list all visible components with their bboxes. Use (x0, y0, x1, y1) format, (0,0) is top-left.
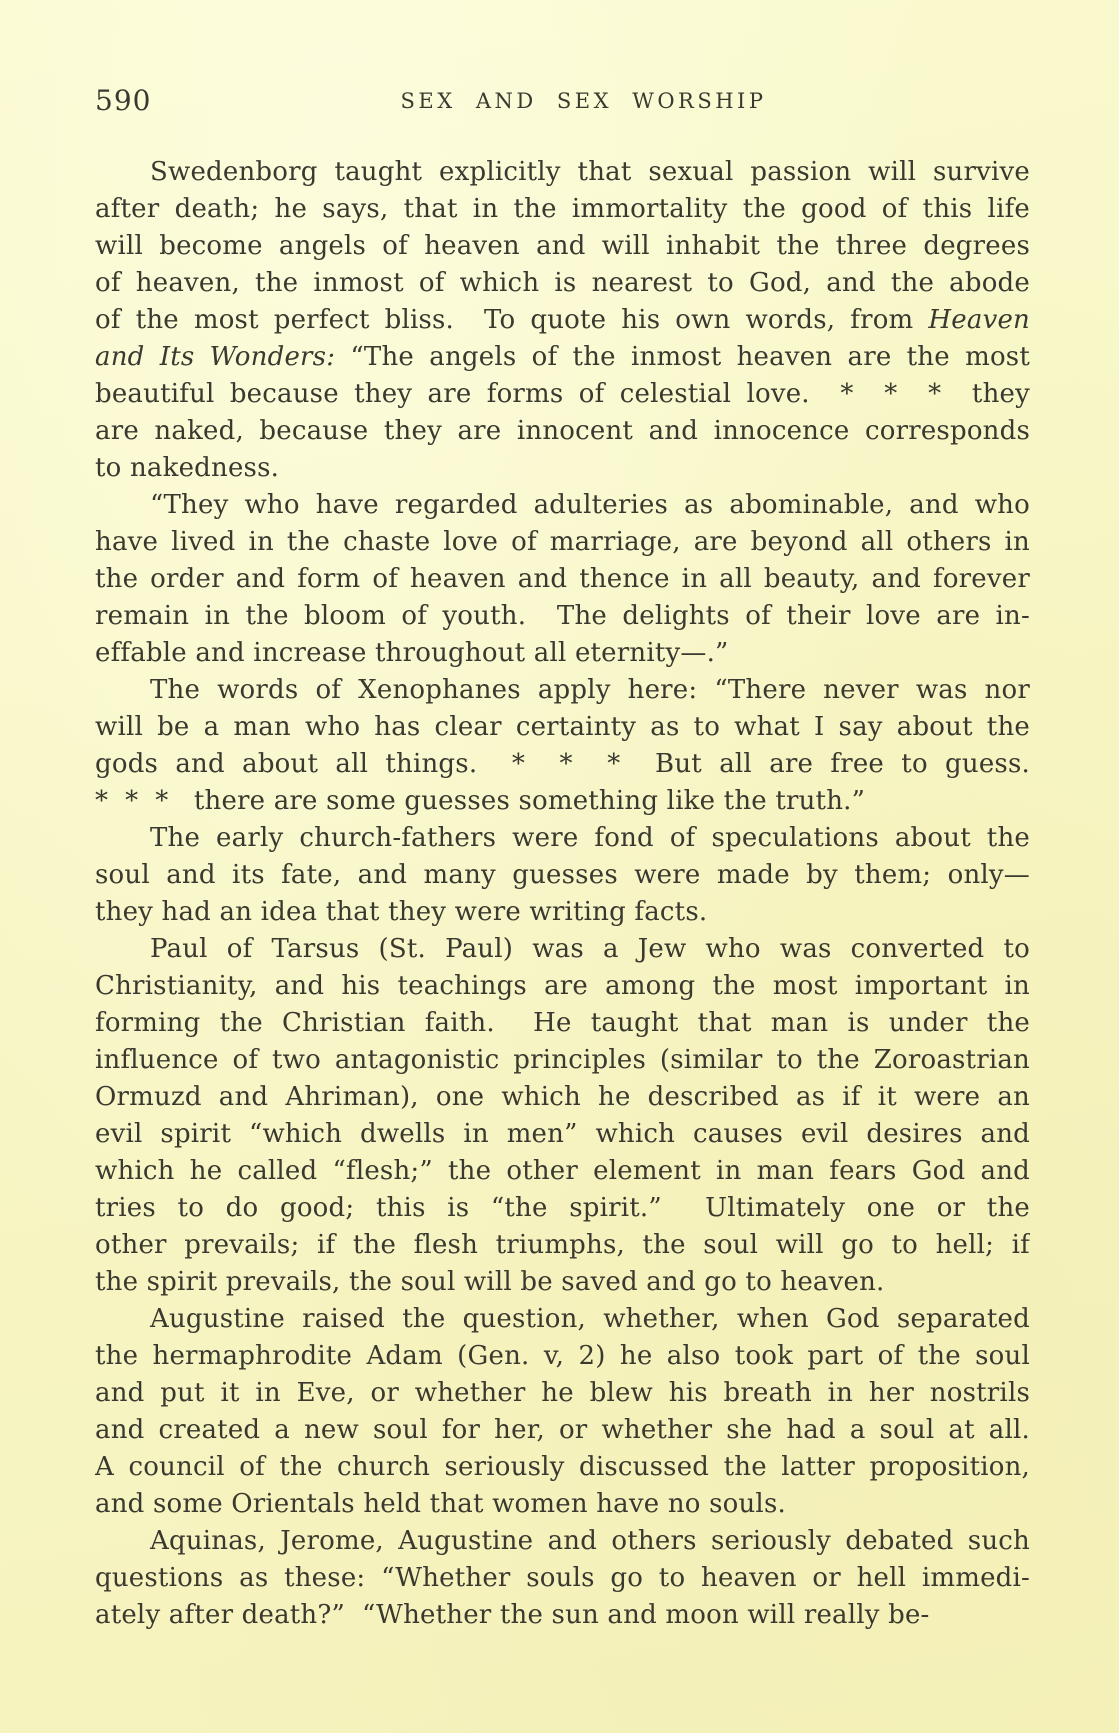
text-line: soul and its fate, and many guesses were… (95, 857, 1030, 894)
text-line: Augustine raised the question, whether, … (95, 1301, 1030, 1338)
text-line: and Its Wonders: “The angels of the inmo… (95, 339, 1030, 376)
text-line: The early church-fathers were fond of sp… (95, 820, 1030, 857)
text-line: of heaven, the inmost of which is neares… (95, 265, 1030, 302)
text-line: effable and increase throughout all eter… (95, 635, 1030, 672)
text-line: “They who have regarded adulteries as ab… (95, 487, 1030, 524)
text-line: tries to do good; this is “the spirit.” … (95, 1190, 1030, 1227)
text-line: Aquinas, Jerome, Augustine and others se… (95, 1523, 1030, 1560)
text-line: which he called “flesh;” the other eleme… (95, 1153, 1030, 1190)
text-line: The words of Xenophanes apply here: “The… (95, 672, 1030, 709)
text-block: Swedenborg taught explicitly that sexual… (95, 154, 1030, 1634)
text-line: and put it in Eve, or whether he blew hi… (95, 1375, 1030, 1412)
text-line: the hermaphrodite Adam (Gen. v, 2) he al… (95, 1338, 1030, 1375)
text-line: * * * there are some guesses something l… (95, 783, 1030, 820)
text-line: gods and about all things. * * * But all… (95, 746, 1030, 783)
text-line: will become angels of heaven and will in… (95, 228, 1030, 265)
text-line: have lived in the chaste love of marriag… (95, 524, 1030, 561)
text-line: A council of the church seriously discus… (95, 1449, 1030, 1486)
text-line: are naked, because they are innocent and… (95, 413, 1030, 450)
paragraph: Augustine raised the question, whether, … (95, 1301, 1030, 1523)
text-line: influence of two antagonistic principles… (95, 1042, 1030, 1079)
paragraph: Swedenborg taught explicitly that sexual… (95, 154, 1030, 487)
running-head: 590 SEX AND SEX WORSHIP (0, 80, 1119, 120)
text-line: will be a man who has clear certainty as… (95, 709, 1030, 746)
text-line: questions as these: “Whether souls go to… (95, 1560, 1030, 1597)
paragraph: Paul of Tarsus (St. Paul) was a Jew who … (95, 931, 1030, 1301)
running-title-text: SEX AND SEX WORSHIP (401, 89, 767, 113)
text-line: forming the Christian faith. He taught t… (95, 1005, 1030, 1042)
text-line: ately after death?” “Whether the sun and… (95, 1597, 1030, 1634)
text-line: and some Orientals held that women have … (95, 1486, 1030, 1523)
running-title: SEX AND SEX WORSHIP (0, 89, 1119, 113)
text-line: Ormuzd and Ahriman), one which he descri… (95, 1079, 1030, 1116)
book-page: 590 SEX AND SEX WORSHIP Swedenborg taugh… (0, 0, 1119, 1733)
text-line: the spirit prevails, the soul will be sa… (95, 1264, 1030, 1301)
text-line: evil spirit “which dwells in men” which … (95, 1116, 1030, 1153)
text-line: they had an idea that they were writing … (95, 894, 1030, 931)
text-line: Paul of Tarsus (St. Paul) was a Jew who … (95, 931, 1030, 968)
paragraph: The early church-fathers were fond of sp… (95, 820, 1030, 931)
text-line: other prevails; if the flesh triumphs, t… (95, 1227, 1030, 1264)
text-line: Swedenborg taught explicitly that sexual… (95, 154, 1030, 191)
paragraph: “They who have regarded adulteries as ab… (95, 487, 1030, 672)
text-line: to nakedness. (95, 450, 1030, 487)
text-line: after death; he says, that in the immort… (95, 191, 1030, 228)
text-line: of the most perfect bliss. To quote his … (95, 302, 1030, 339)
text-line: remain in the bloom of youth. The deligh… (95, 598, 1030, 635)
text-line: and created a new soul for her, or wheth… (95, 1412, 1030, 1449)
text-line: Christianity, and his teachings are amon… (95, 968, 1030, 1005)
paragraph: The words of Xenophanes apply here: “The… (95, 672, 1030, 820)
paragraph: Aquinas, Jerome, Augustine and others se… (95, 1523, 1030, 1634)
text-line: the order and form of heaven and thence … (95, 561, 1030, 598)
text-line: beautiful because they are forms of cele… (95, 376, 1030, 413)
